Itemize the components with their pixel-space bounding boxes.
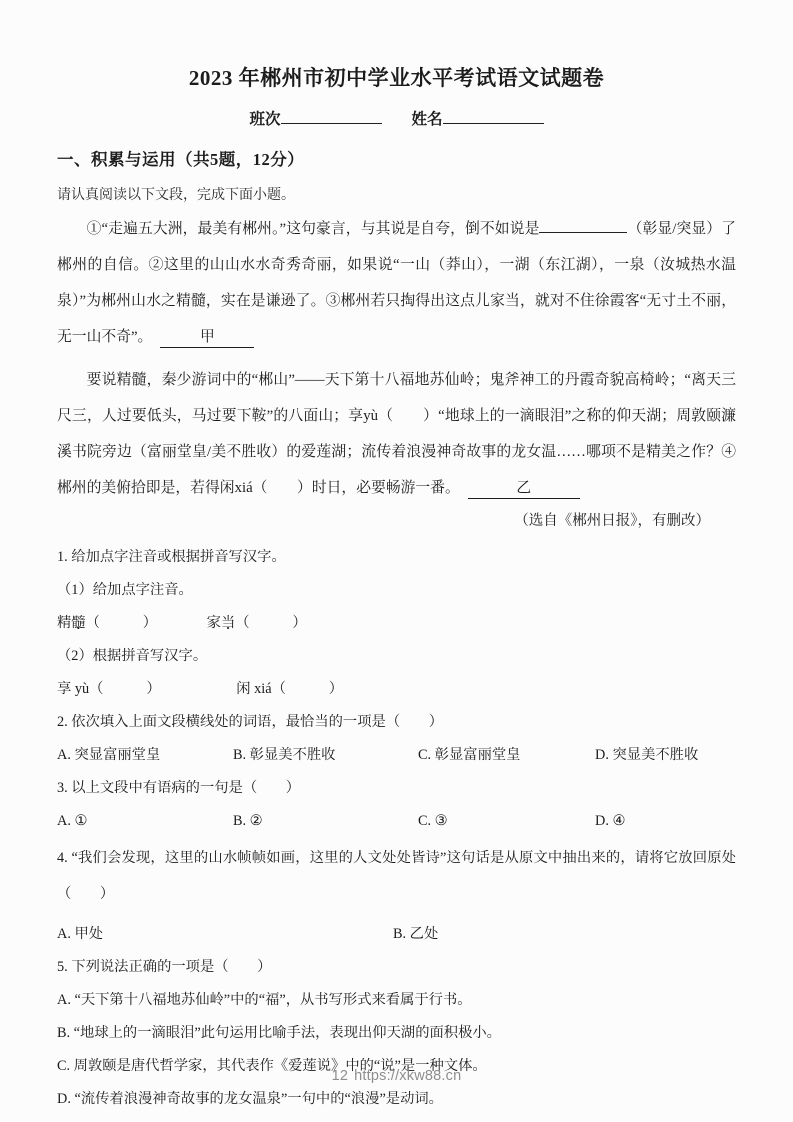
q1-sub2: （2）根据拼音写汉字。	[57, 646, 736, 667]
q3-option-c: C. ③	[418, 811, 595, 832]
mark-jia-blank[interactable]: 甲	[160, 327, 254, 348]
word-jingsui-answer-blank[interactable]: （ ）	[86, 615, 157, 631]
word-jiadang-dotted-char: 当	[221, 613, 235, 634]
q5-stem: 5. 下列说法正确的一项是（ ）	[57, 957, 736, 978]
passage-paragraph-1: ①“走遍五大洲，最美有郴州。”这句豪言，与其说是自夸，倒不如说是（彰显/突显）了…	[57, 211, 736, 355]
q4-option-b: B. 乙处	[393, 924, 736, 945]
q3-option-b: B. ②	[233, 811, 418, 832]
section-heading: 一、积累与运用（共5题，12分）	[57, 146, 736, 170]
q3-option-a: A. ①	[57, 811, 233, 832]
word-xianxia-answer-blank[interactable]: 闲 xiá（ ）	[236, 681, 343, 697]
q1-pinyin-row: 精髓（ ） 家当（ ）	[57, 613, 736, 634]
q3-stem: 3. 以上文段中有语病的一句是（ ）	[57, 778, 736, 799]
q2-option-a: A. 突显富丽堂皇	[57, 745, 233, 766]
q2-options-row: A. 突显富丽堂皇 B. 彰显美不胜收 C. 彰显富丽堂皇 D. 突显美不胜收	[57, 745, 736, 766]
p1-text-before: ①“走遍五大洲，最美有郴州。”这句豪言，与其说是自夸，倒不如说是	[87, 221, 540, 237]
q2-option-d: D. 突显美不胜收	[595, 745, 736, 766]
passage-intro: 请认真阅读以下文段，完成下面小题。	[57, 184, 736, 204]
passage-paragraph-2: 要说精髓，秦少游词中的“郴山”——天下第十八福地苏仙岭；鬼斧神工的丹霞奇貌高椅岭…	[57, 362, 736, 506]
p1-text-after: （彰显/突显）了郴州的自信。②这里的山山水水奇秀奇丽，如果说“一山（莽山），一湖…	[57, 221, 736, 345]
word-jiadang: 家当（ ）	[207, 615, 307, 631]
word-jiadang-answer-blank[interactable]: （ ）	[235, 615, 306, 631]
page-title: 2023 年郴州市初中学业水平考试语文试题卷	[57, 62, 736, 92]
passage-source: （选自《郴州日报》，有删改）	[57, 507, 710, 535]
q2-option-c: C. 彰显富丽堂皇	[418, 745, 595, 766]
q2-option-b: B. 彰显美不胜收	[233, 745, 418, 766]
q5-option-d: D. “流传着浪漫神奇故事的龙女温泉”一句中的“浪漫”是动词。	[57, 1089, 736, 1110]
word-xiangyu-answer-blank[interactable]: 享 yù（ ）	[57, 681, 161, 697]
page-number: 12	[332, 1068, 349, 1084]
q4-options-row: A. 甲处 B. 乙处	[57, 924, 736, 945]
q3-option-d: D. ④	[595, 811, 736, 832]
student-info-row: 班次姓名	[57, 107, 736, 129]
q2-stem: 2. 依次填入上面文段横线处的词语，最恰当的一项是（ ）	[57, 712, 736, 733]
page-footer: 12https://xkw88.cn	[0, 1068, 793, 1084]
q1-hanzi-row: 享 yù（ ） 闲 xiá（ ）	[57, 679, 736, 700]
q1-stem: 1. 给加点字注音或根据拼音写汉字。	[57, 547, 736, 568]
q4-stem: 4. “我们会发现，这里的山水帧帧如画，这里的人文处处皆诗”这句话是从原文中抽出…	[57, 840, 736, 912]
p2-text: 要说精髓，秦少游词中的“郴山”——天下第十八福地苏仙岭；鬼斧神工的丹霞奇貌高椅岭…	[57, 372, 736, 496]
mark-yi-blank[interactable]: 乙	[468, 478, 580, 499]
mark-yi-label: 乙	[516, 480, 531, 496]
q4-option-a: A. 甲处	[57, 924, 393, 945]
q5-option-a: A. “天下第十八福地苏仙岭”中的“福”，从书写形式来看属于行书。	[57, 990, 736, 1011]
p1-fill-in-blank[interactable]	[539, 217, 627, 233]
class-input-blank[interactable]	[281, 108, 382, 124]
source-url-link[interactable]: https://xkw88.cn	[354, 1068, 461, 1084]
q3-options-row: A. ① B. ② C. ③ D. ④	[57, 811, 736, 832]
q1-sub1: （1）给加点字注音。	[57, 580, 736, 601]
word-jingsui-dotted-char: 髓	[71, 613, 85, 634]
word-jingsui: 精髓（ ）	[57, 615, 157, 631]
mark-jia-label: 甲	[200, 329, 215, 345]
name-label: 姓名	[412, 111, 443, 128]
exam-paper-page: 2023 年郴州市初中学业水平考试语文试题卷 班次姓名 一、积累与运用（共5题，…	[0, 0, 793, 1122]
name-input-blank[interactable]	[443, 108, 544, 124]
word-jiadang-pre: 家	[207, 615, 221, 631]
q5-option-b: B. “地球上的一滴眼泪”此句运用比喻手法，表现出仰天湖的面积极小。	[57, 1023, 736, 1044]
word-jingsui-pre: 精	[57, 615, 71, 631]
class-label: 班次	[249, 111, 280, 128]
